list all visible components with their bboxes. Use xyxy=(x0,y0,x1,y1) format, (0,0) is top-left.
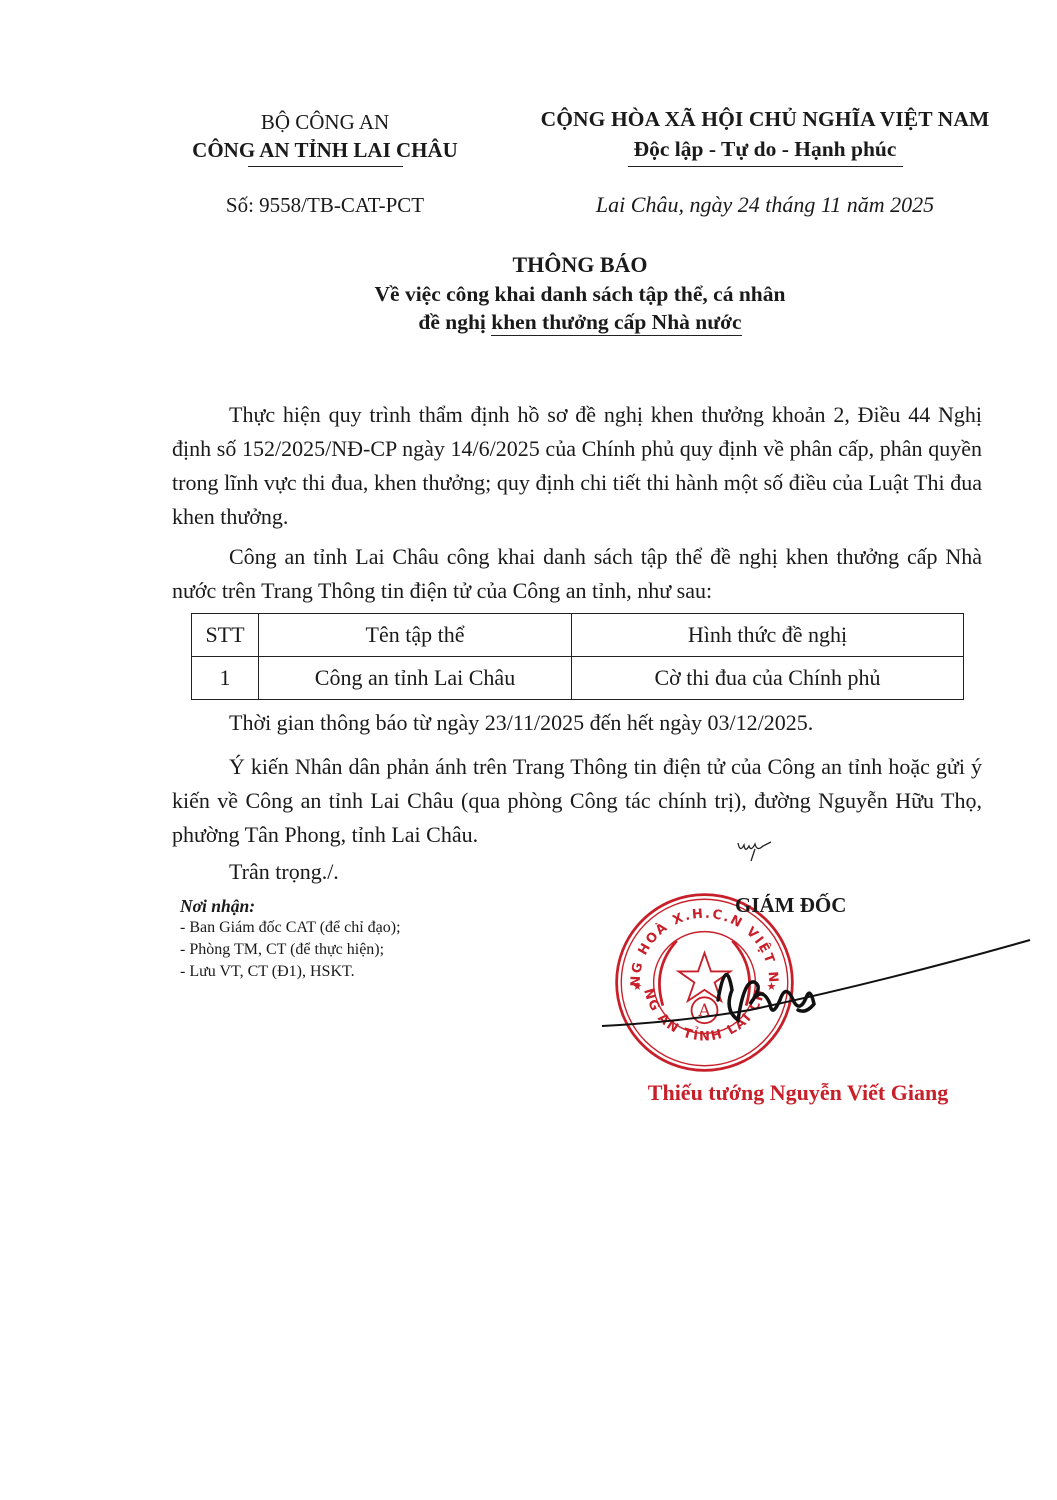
paragraph-legal-basis: Thực hiện quy trình thẩm định hồ sơ đề n… xyxy=(172,398,982,534)
motto-underline xyxy=(628,166,903,167)
nation-name: CỘNG HÒA XÃ HỘI CHỦ NGHĨA VIỆT NAM xyxy=(505,104,1025,134)
handwritten-signature-icon xyxy=(590,930,1040,1040)
national-header-block: CỘNG HÒA XÃ HỘI CHỦ NGHĨA VIỆT NAM Độc l… xyxy=(505,104,1025,167)
header-collective-name: Tên tập thể xyxy=(259,614,572,657)
recipient-item: - Phòng TM, CT (để thực hiện); xyxy=(180,939,540,961)
paragraph-notice-period: Thời gian thông báo từ ngày 23/11/2025 đ… xyxy=(172,706,982,740)
recipients-block: Nơi nhận: - Ban Giám đốc CAT (để chỉ đạo… xyxy=(180,895,540,983)
signatory-name: Thiếu tướng Nguyễn Viết Giang xyxy=(598,1080,998,1106)
paragraph-announcement: Công an tỉnh Lai Châu công khai danh sác… xyxy=(172,540,982,608)
initial-mark-icon xyxy=(735,833,775,863)
agency-name: CÔNG AN TỈNH LAI CHÂU xyxy=(150,136,500,164)
recipient-item: - Lưu VT, CT (Đ1), HSKT. xyxy=(180,961,540,983)
cell-stt: 1 xyxy=(192,657,259,700)
header-award-form: Hình thức đề nghị xyxy=(572,614,964,657)
recipients-heading: Nơi nhận: xyxy=(180,895,540,917)
table-row: 1 Công an tỉnh Lai Châu Cờ thi đua của C… xyxy=(192,657,964,700)
document-number: Số: 9558/TB-CAT-PCT xyxy=(150,193,500,218)
subject-prefix: đề nghị xyxy=(418,310,491,334)
document-subject-line2: đề nghị khen thưởng cấp Nhà nước xyxy=(150,308,1010,336)
cell-award-form: Cờ thi đua của Chính phủ xyxy=(572,657,964,700)
header-stt: STT xyxy=(192,614,259,657)
document-subject-line1: Về việc công khai danh sách tập thể, cá … xyxy=(150,280,1010,308)
signatory-position: GIÁM ĐỐC xyxy=(735,893,846,918)
award-candidates-table: STT Tên tập thể Hình thức đề nghị 1 Công… xyxy=(191,613,964,700)
document-title: THÔNG BÁO xyxy=(150,250,1010,280)
paragraph-closing: Trân trọng./. xyxy=(172,855,982,889)
table-header-row: STT Tên tập thể Hình thức đề nghị xyxy=(192,614,964,657)
agency-underline xyxy=(248,166,403,167)
national-motto: Độc lập - Tự do - Hạnh phúc xyxy=(505,134,1025,164)
paragraph-feedback: Ý kiến Nhân dân phản ánh trên Trang Thôn… xyxy=(172,750,982,852)
place-and-date: Lai Châu, ngày 24 tháng 11 năm 2025 xyxy=(505,192,1025,218)
ministry-name: BỘ CÔNG AN xyxy=(150,108,500,136)
recipient-item: - Ban Giám đốc CAT (để chỉ đạo); xyxy=(180,917,540,939)
cell-collective-name: Công an tỉnh Lai Châu xyxy=(259,657,572,700)
subject-underlined: khen thưởng cấp Nhà nước xyxy=(491,310,741,336)
document-title-block: THÔNG BÁO Về việc công khai danh sách tậ… xyxy=(150,250,1010,336)
issuing-agency-block: BỘ CÔNG AN CÔNG AN TỈNH LAI CHÂU xyxy=(150,108,500,167)
